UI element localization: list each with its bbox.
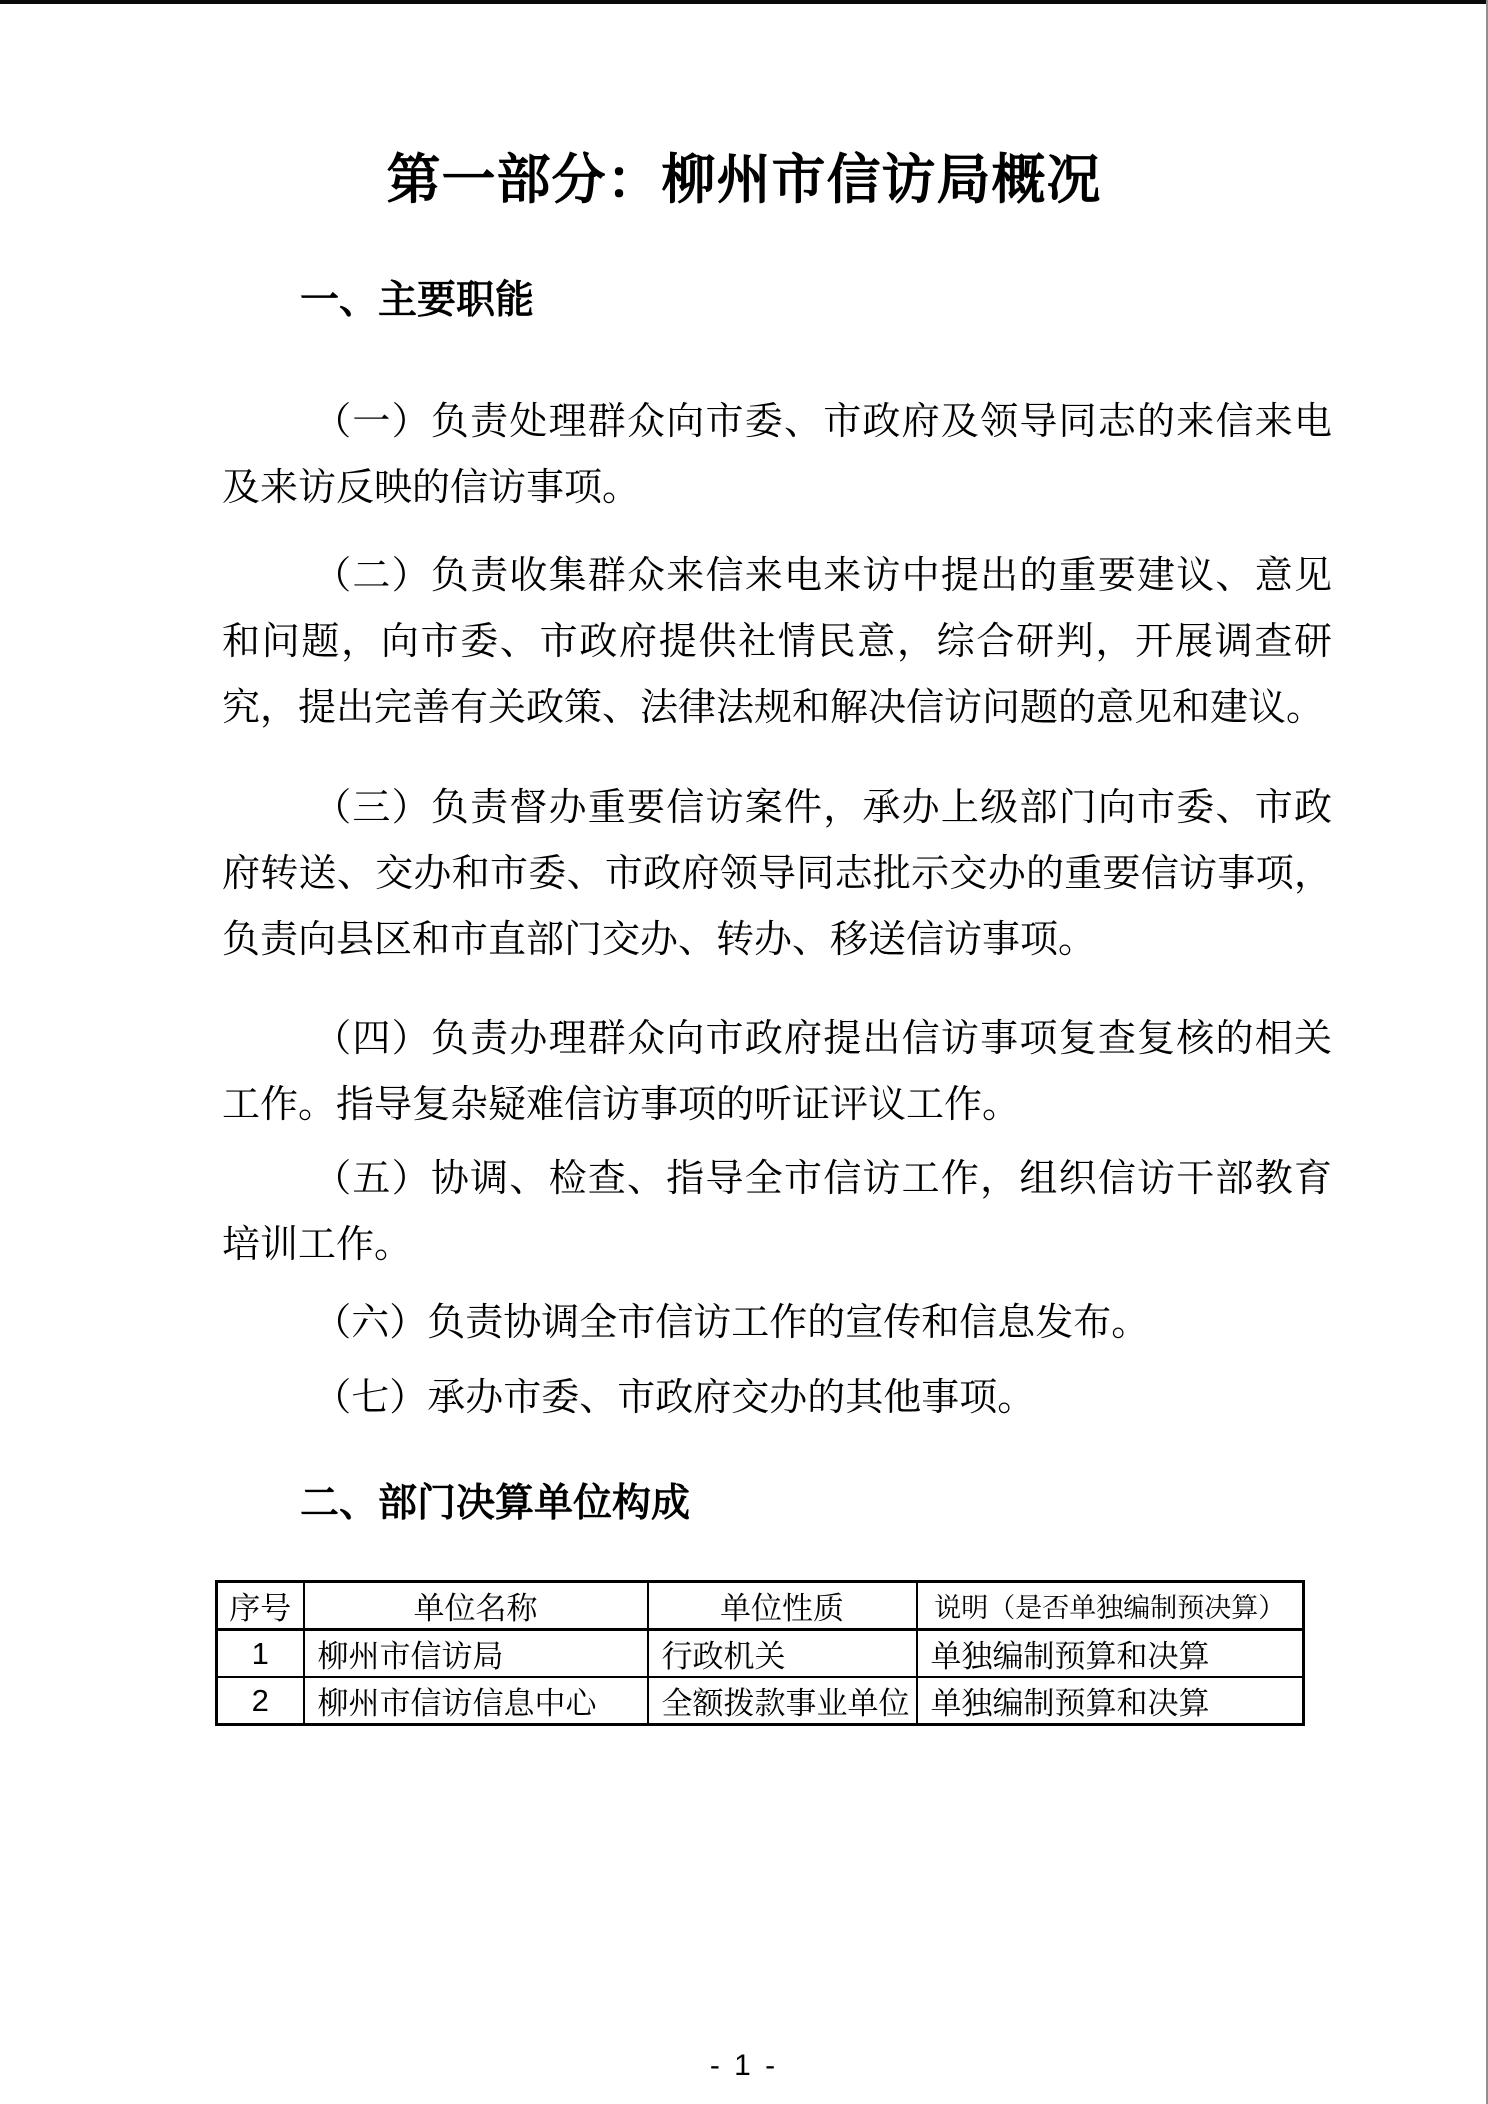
header-unit-type: 单位性质 (648, 1582, 917, 1630)
table-row: 1 柳州市信访局 行政机关 单独编制预算和决算 (217, 1630, 1304, 1678)
cell-unit-type: 行政机关 (648, 1630, 917, 1678)
header-unit-name: 单位名称 (304, 1582, 648, 1630)
page-number: - 1 - (0, 2048, 1488, 2084)
top-edge-bar (0, 0, 1488, 4)
cell-unit-name: 柳州市信访局 (304, 1630, 648, 1678)
paragraph-duty-2: （二）负责收集群众来信来电来访中提出的重要建议、意见和问题，向市委、市政府提供社… (222, 543, 1332, 741)
cell-note: 单独编制预算和决算 (917, 1677, 1304, 1725)
document-body: 一、主要职能 （一）负责处理群众向市委、市政府及领导同志的来信来电及来访反映的信… (0, 277, 1488, 1528)
cell-index: 2 (217, 1677, 304, 1725)
paragraph-duty-5: （五）协调、检查、指导全市信访工作，组织信访干部教育培训工作。 (222, 1146, 1332, 1278)
table-row: 2 柳州市信访信息中心 全额拨款事业单位 单独编制预算和决算 (217, 1677, 1304, 1725)
paragraph-duty-1: （一）负责处理群众向市委、市政府及领导同志的来信来电及来访反映的信访事项。 (222, 389, 1332, 521)
cell-unit-name: 柳州市信访信息中心 (304, 1677, 648, 1725)
section-2-heading: 二、部门决算单位构成 (222, 1480, 1332, 1528)
header-note: 说明（是否单独编制预决算） (917, 1582, 1304, 1630)
units-table: 序号 单位名称 单位性质 说明（是否单独编制预决算） 1 柳州市信访局 行政机关… (215, 1580, 1305, 1726)
header-index: 序号 (217, 1582, 304, 1630)
cell-note: 单独编制预算和决算 (917, 1630, 1304, 1678)
paragraph-duty-4: （四）负责办理群众向市政府提出信访事项复查复核的相关工作。指导复杂疑难信访事项的… (222, 1006, 1332, 1138)
cell-unit-type: 全额拨款事业单位 (648, 1677, 917, 1725)
paragraph-duty-6: （六）负责协调全市信访工作的宣传和信息发布。 (222, 1290, 1332, 1356)
paragraph-duty-7: （七）承办市委、市政府交办的其他事项。 (222, 1365, 1332, 1431)
section-1-heading: 一、主要职能 (222, 277, 1332, 325)
table-header-row: 序号 单位名称 单位性质 说明（是否单独编制预决算） (217, 1582, 1304, 1630)
cell-index: 1 (217, 1630, 304, 1678)
document-page: 第一部分：柳州市信访局概况 一、主要职能 （一）负责处理群众向市委、市政府及领导… (0, 0, 1488, 2104)
document-title: 第一部分：柳州市信访局概况 (0, 0, 1488, 213)
paragraph-duty-3: （三）负责督办重要信访案件，承办上级部门向市委、市政府转送、交办和市委、市政府领… (222, 775, 1332, 973)
